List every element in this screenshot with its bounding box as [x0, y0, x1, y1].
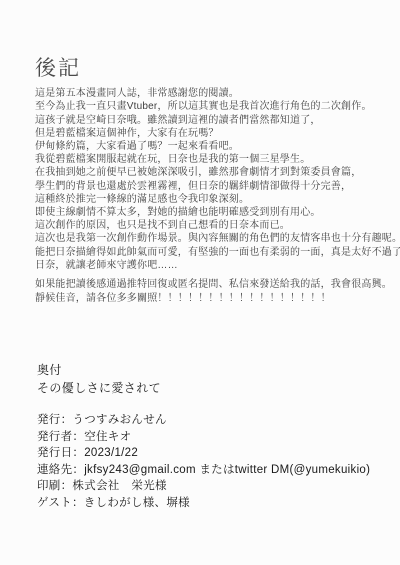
colophon-author-line: 発行者：空住キオ	[37, 429, 382, 446]
colophon-guest-line: ゲスト：きしわがし様、塀様	[37, 495, 382, 512]
afterword-body-line: 這次也是我第一次創作動作場景。與內容無關的角色們的友情客串也十分有趣呢。	[35, 232, 382, 245]
afterword-body-line: 但是碧藍檔案這個神作，大家有在玩嗎？	[35, 127, 382, 140]
colophon-publish-date-line: 発行日：2023/1/22	[37, 445, 382, 462]
afterword-page: 後記 這是第五本漫畫同人誌，非常感謝您的閱讀。 至今為止我一直只畫Vtuber，…	[0, 0, 400, 565]
afterword-body-line: 至今為止我一直只畫Vtuber，所以這其實也是我首次進行角色的二次創作。	[35, 100, 382, 113]
afterword-closing-line: 如果能把讀後感通過推特回復或匿名提問、私信來發送給我的話，我會很高興。	[35, 278, 382, 293]
afterword-body-line: 這種終於推完一條線的滿足感也令我印象深刻。	[35, 193, 382, 206]
colophon-section: 奥付 その優しさに愛されて 発行：うつすみおんせん 発行者：空住キオ 発行日：2…	[37, 362, 382, 512]
colophon-printer-line: 印刷：株式会社 栄光様	[37, 478, 382, 495]
afterword-body-line: 即使主線劇情不算太多，對她的描繪也能明確感受到別有用心。	[35, 206, 382, 219]
afterword-section: 後記 這是第五本漫畫同人誌，非常感謝您的閱讀。 至今為止我一直只畫Vtuber，…	[35, 57, 382, 307]
colophon-contact-line: 連絡先：jkfsy243@gmail.com またはtwitter DM(@yu…	[37, 462, 382, 479]
afterword-body-line: 學生們的背景也還處於雲裡霧裡，但日奈的羈絆劇情卻做得十分完善，	[35, 180, 382, 193]
afterword-body-line: 伊甸條約篇，大家看過了嗎？一起來看看吧。	[35, 140, 382, 153]
afterword-title: 後記	[35, 57, 382, 80]
afterword-body-line: 我從碧藍檔案開服起就在玩，日奈也是我的第一個三星學生。	[35, 153, 382, 166]
afterword-closing: 如果能把讀後感通過推特回復或匿名提問、私信來發送給我的話，我會很高興。 靜候佳音…	[35, 278, 382, 307]
afterword-closing-line: 靜候佳音，請各位多多關照！！！！！！！！！！！！！！！！！	[35, 292, 382, 307]
afterword-body-line: 這是第五本漫畫同人誌，非常感謝您的閱讀。	[35, 87, 382, 100]
colophon-publisher-line: 発行：うつすみおんせん	[37, 412, 382, 429]
afterword-body: 這是第五本漫畫同人誌，非常感謝您的閱讀。 至今為止我一直只畫Vtuber，所以這…	[35, 87, 382, 272]
colophon-label: 奥付	[37, 362, 382, 380]
afterword-body-line: 能把日奈描繪得如此帥氣而可愛，有堅強的一面也有柔弱的一面，真是太好不過了。	[35, 246, 382, 259]
afterword-body-line: 這次創作的原因，也只是找不到自己想看的日奈本而已。	[35, 219, 382, 232]
afterword-body-line: 在我抽到她之前便早已被她深深吸引，雖然那會劇情才到對策委員會篇，	[35, 166, 382, 179]
book-title: その優しさに愛されて	[37, 380, 382, 398]
afterword-body-line: 這孩子就是空崎日奈哦。雖然讀到這裡的讀者們當然都知道了，	[35, 114, 382, 127]
afterword-body-line: 日奈，就讓老師來守護你吧……	[35, 259, 382, 272]
colophon-entries: 発行：うつすみおんせん 発行者：空住キオ 発行日：2023/1/22 連絡先：j…	[37, 412, 382, 512]
